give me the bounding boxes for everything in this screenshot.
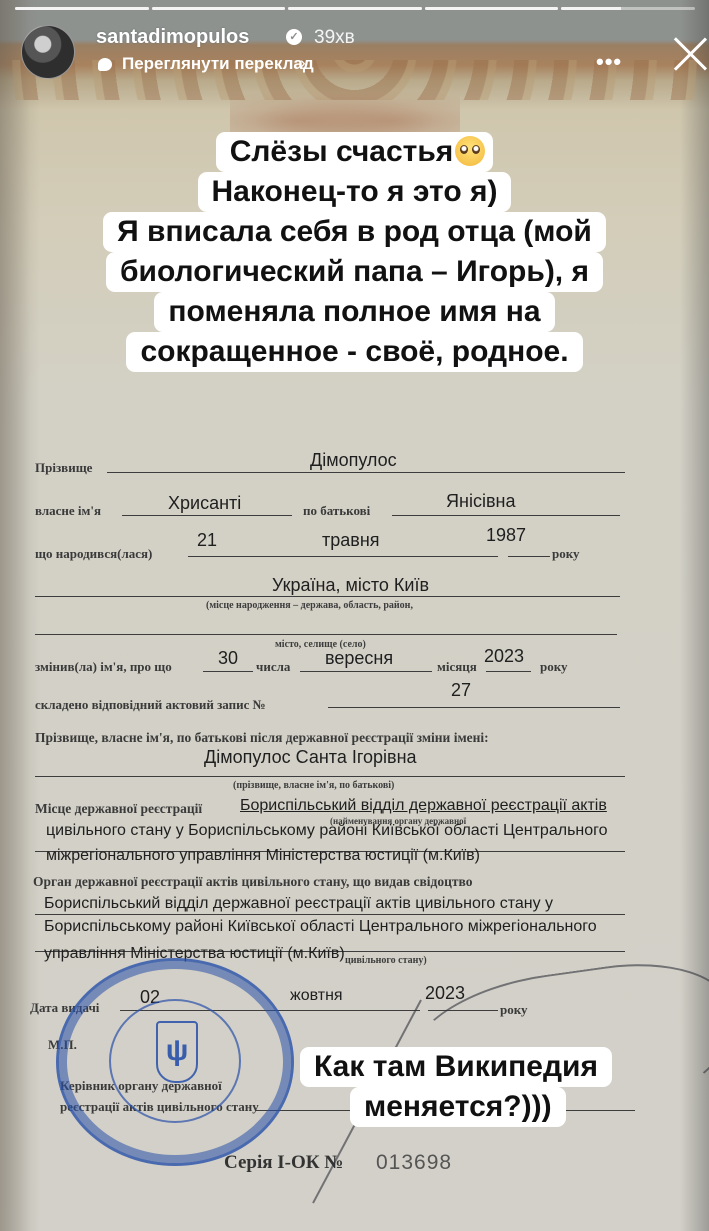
born-day: 21 — [197, 530, 217, 551]
underline — [203, 671, 253, 672]
issuer-hint: цивільного стану) — [345, 955, 427, 966]
record-number: 27 — [451, 680, 471, 701]
name-label: власне ім'я — [35, 503, 101, 519]
month-word: місяця — [437, 659, 477, 675]
registration-place-line-3: міжрегіонального управління Міністерства… — [46, 847, 480, 865]
surname-label: Прізвище — [35, 460, 92, 476]
speech-bubble-icon — [98, 58, 112, 71]
year-word: року — [552, 546, 580, 562]
series-label: Серія І-ОК № — [224, 1152, 343, 1174]
underline — [300, 671, 432, 672]
close-icon[interactable] — [670, 34, 709, 74]
year-word: року — [540, 659, 568, 675]
underline — [35, 914, 625, 915]
after-change-hint: (прізвище, власне ім'я, по батькові) — [233, 780, 394, 791]
caption-line: сокращенное - своё, родное. — [126, 332, 582, 372]
underline — [486, 671, 531, 672]
underline — [392, 515, 620, 516]
official-stamp: ψ — [56, 958, 294, 1166]
progress-segment — [288, 7, 422, 10]
progress-segment — [425, 7, 559, 10]
changed-year: 2023 — [484, 646, 524, 667]
registration-place-line-1: Бориспільський відділ державної реєстрац… — [240, 797, 607, 815]
birthplace-value: Україна, місто Київ — [272, 575, 429, 596]
born-year: 1987 — [486, 525, 526, 546]
caption-bottom: Как там Википедия меняется?))) — [300, 1047, 612, 1127]
underline — [188, 556, 498, 557]
registration-place-line-2: цивільного стану у Бориспільському район… — [46, 822, 608, 840]
chevron-right-icon[interactable]: › — [300, 53, 306, 73]
born-month: травня — [322, 530, 380, 551]
caption-text: Слёзы счастья — [230, 135, 454, 168]
caption-line: биологический папа – Игорь), я — [106, 252, 603, 292]
underline — [508, 556, 550, 557]
pleading-face-emoji-icon — [455, 136, 485, 166]
underline — [35, 634, 617, 635]
underline — [328, 707, 620, 708]
underline — [107, 472, 625, 473]
record-label: складено відповідний актовий запис № — [35, 697, 266, 713]
series-number: 013698 — [376, 1151, 452, 1175]
see-translation-link[interactable]: Переглянути переклад — [122, 54, 314, 74]
caption-top: Слёзы счастья Наконец-то я это я) Я впис… — [0, 132, 709, 372]
birthplace-hint: (місце народження – держава, область, ра… — [206, 600, 413, 611]
after-change-value: Дімопулос Санта Ігорівна — [204, 747, 417, 768]
patronymic-value: Янісівна — [446, 491, 515, 512]
issuer-line-2: Бориспільському районі Київської області… — [44, 918, 597, 936]
name-value: Хрисанті — [168, 493, 241, 514]
surname-value: Дімопулос — [310, 450, 397, 471]
issue-month: жовтня — [290, 987, 343, 1005]
caption-line: Слёзы счастья — [216, 132, 494, 172]
avatar[interactable] — [21, 25, 75, 79]
verified-check-icon: ✓ — [286, 29, 302, 45]
story-timestamp: 39хв — [314, 27, 355, 49]
caption-line: поменяла полное имя на — [154, 292, 554, 332]
progress-segment — [152, 7, 286, 10]
caption-line: Я вписала себя в род отца (мой — [103, 212, 606, 252]
after-change-label: Прізвище, власне ім'я, по батькові після… — [35, 730, 489, 746]
caption-line: меняется?))) — [350, 1087, 566, 1127]
born-label: що народився(лася) — [35, 546, 152, 562]
progress-segment — [15, 7, 149, 10]
progress-segment — [561, 7, 695, 10]
stamp-inner-ring: ψ — [109, 999, 241, 1123]
patronymic-label: по батькові — [303, 503, 370, 519]
issuer-label: Орган державної реєстрації актів цивільн… — [33, 874, 473, 890]
underline — [35, 596, 620, 597]
username-link[interactable]: santadimopulos — [96, 26, 249, 49]
story-header: santadimopulos ✓ 39хв Переглянути перекл… — [18, 25, 695, 80]
story-progress-bar — [15, 7, 695, 10]
changed-label: змінив(ла) ім'я, про що — [35, 659, 172, 675]
underline — [35, 776, 625, 777]
registration-place-label: Місце державної реєстрації — [35, 801, 202, 817]
caption-line: Как там Википедия — [300, 1047, 612, 1087]
changed-day: 30 — [218, 648, 238, 669]
day-word: числа — [256, 659, 290, 675]
issuer-line-1: Бориспільський відділ державної реєстрац… — [44, 895, 553, 913]
more-options-icon[interactable]: ••• — [596, 49, 622, 75]
trident-icon: ψ — [156, 1021, 198, 1083]
changed-month: вересня — [325, 648, 393, 669]
caption-line: Наконец-то я это я) — [198, 172, 512, 212]
underline — [122, 515, 292, 516]
